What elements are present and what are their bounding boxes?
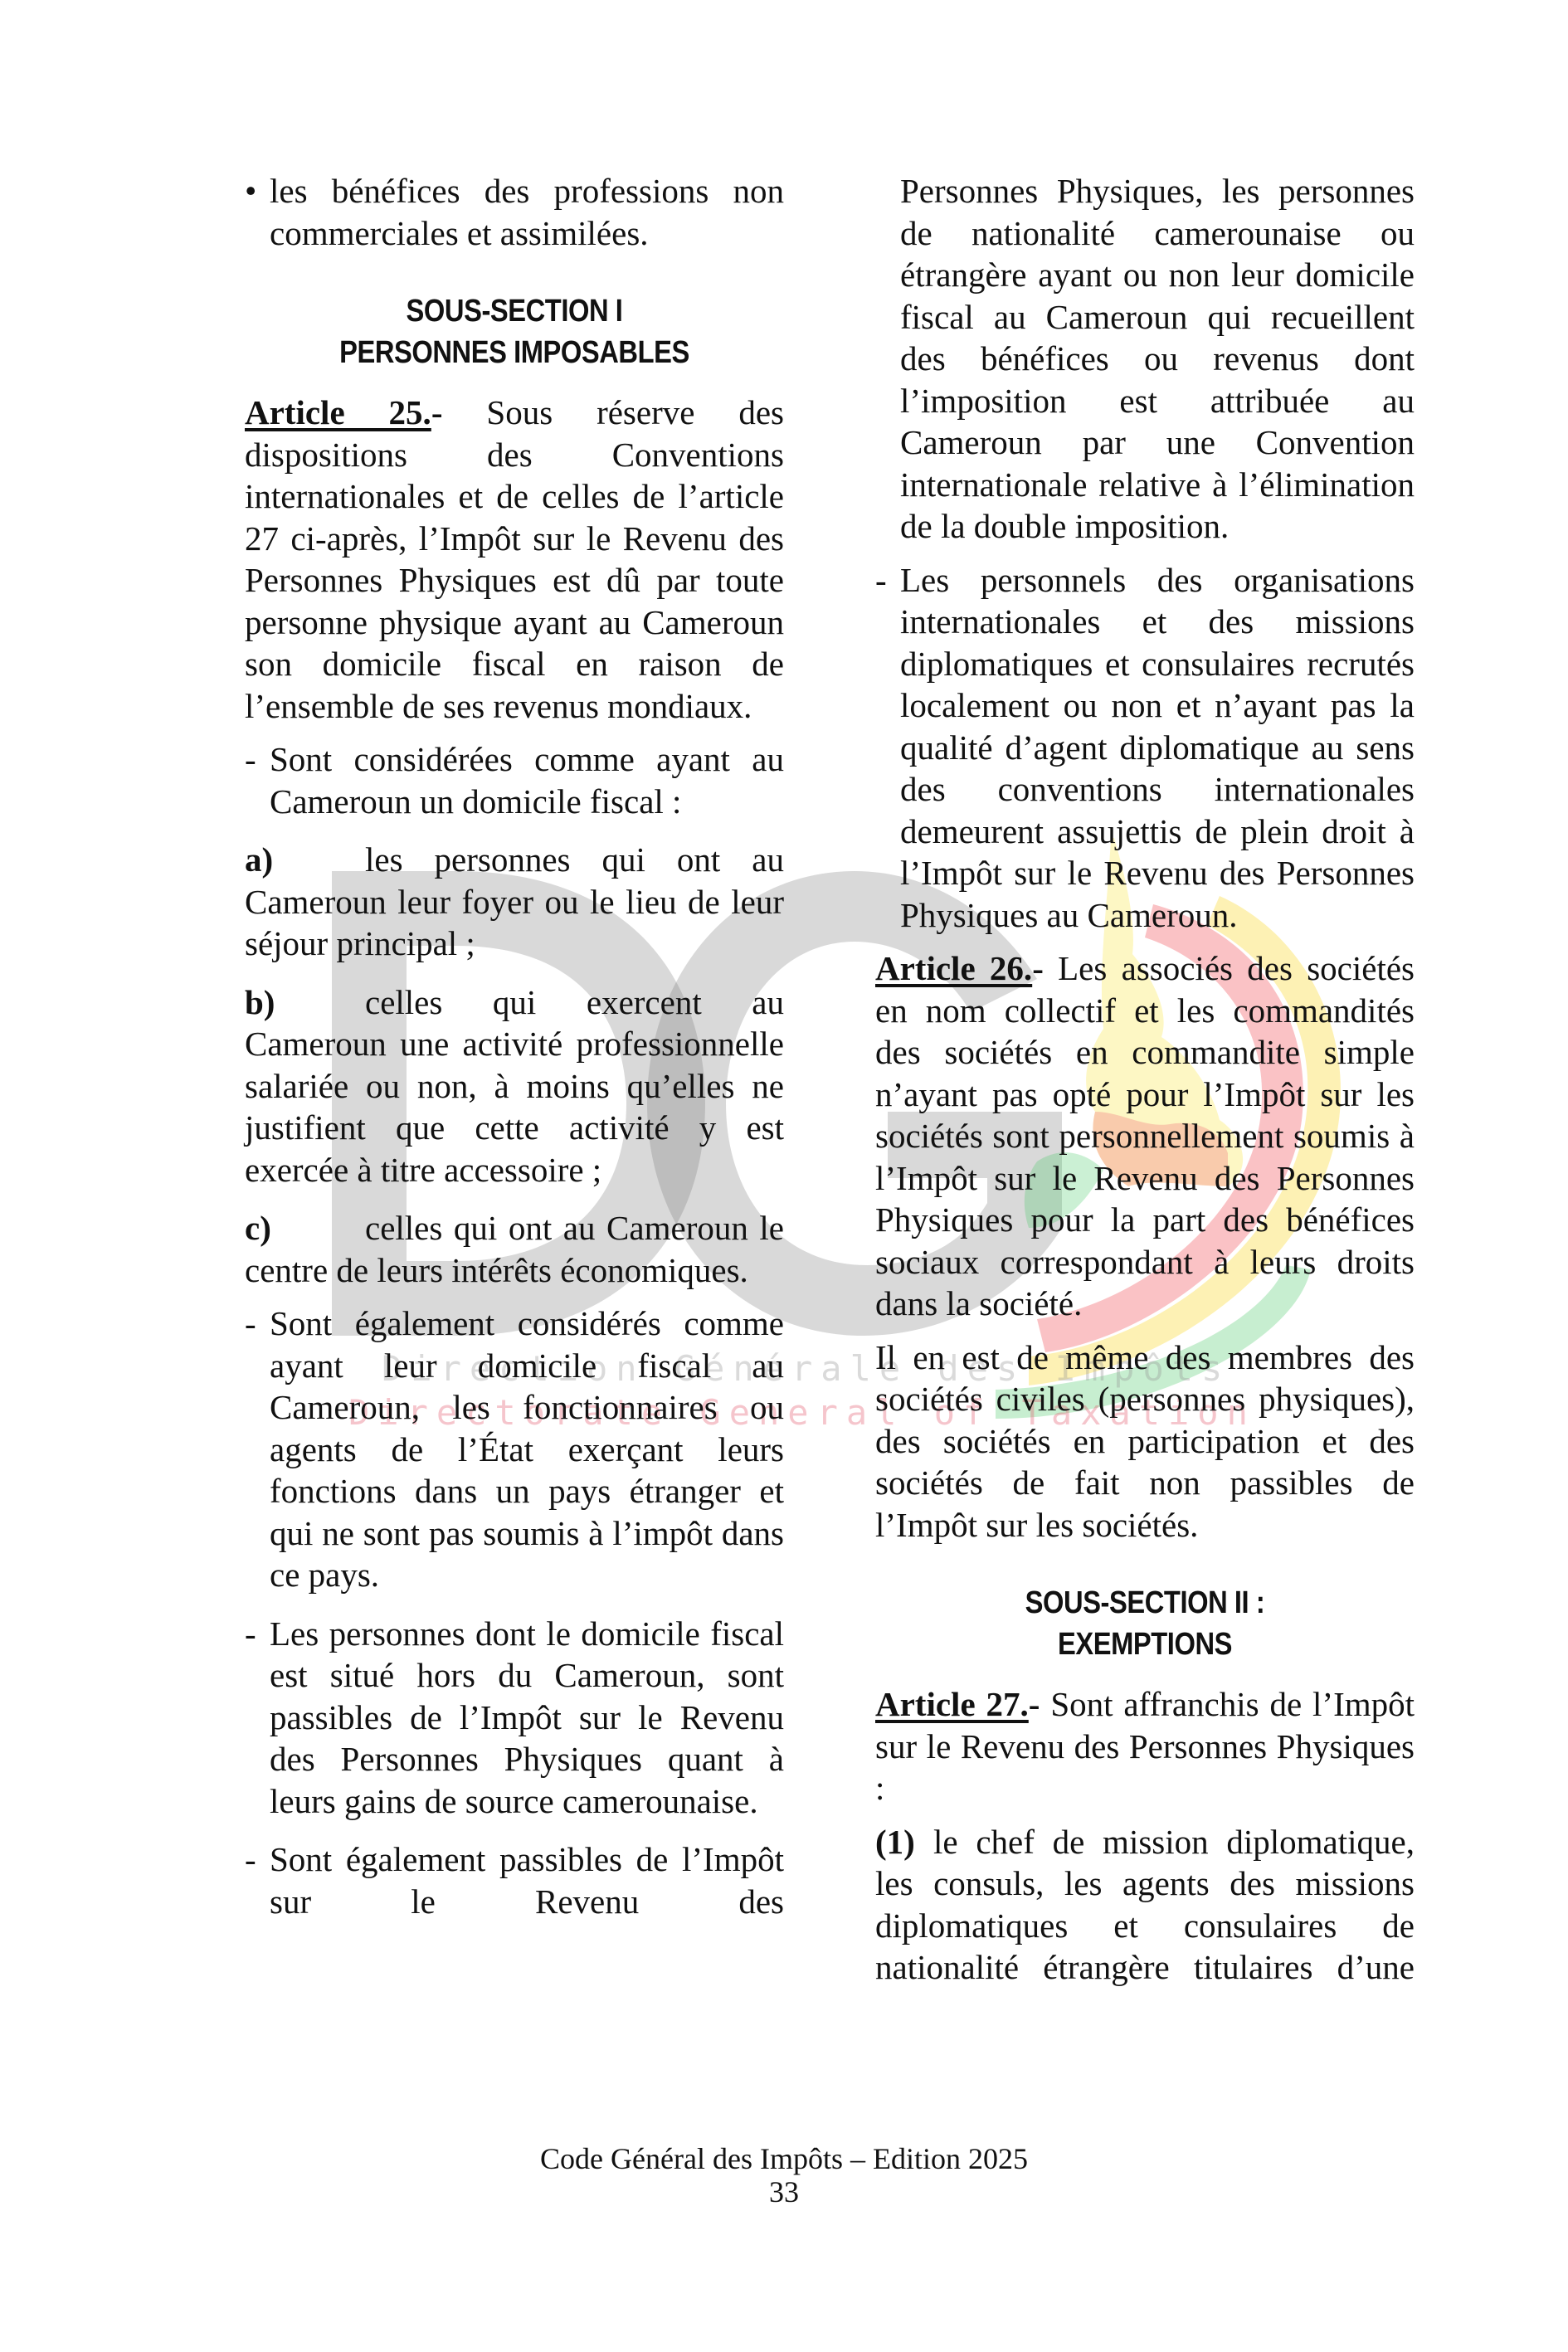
dash-icon: - <box>245 738 270 822</box>
lettered-item-a: a)les personnes qui ont au Cameroun leur… <box>245 839 784 965</box>
article-26: Article 26.- Les associés des sociétés e… <box>875 947 1415 1325</box>
article-dash: - <box>431 393 443 431</box>
dash-item: - Sont également considérés comme ayant … <box>245 1303 784 1596</box>
subsection-title: SOUS-SECTION I <box>283 290 747 332</box>
item-label: a) <box>245 839 365 881</box>
subsection-subtitle: PERSONNES IMPOSABLES <box>283 332 747 373</box>
article-label: Article 27. <box>875 1685 1029 1723</box>
right-column: Personnes Physiques, les personnes de na… <box>875 170 1415 1989</box>
dash-item: - Sont également passibles de l’Impôt su… <box>245 1838 784 1922</box>
dash-icon: - <box>245 1613 270 1823</box>
dash-item: - Sont considérées comme ayant au Camero… <box>245 738 784 822</box>
left-column: • les bénéfices des professions non comm… <box>245 170 784 1922</box>
item-label: c) <box>245 1207 365 1249</box>
dash-item-text: Sont également passibles de l’Impôt sur … <box>270 1838 784 1922</box>
page-number: 33 <box>0 2175 1568 2208</box>
footer-title: Code Général des Impôts – Edition 2025 <box>0 2142 1568 2175</box>
dash-item-continuation: Personnes Physiques, les personnes de na… <box>875 170 1415 548</box>
list-item-bnc: • les bénéfices des professions non comm… <box>245 170 784 254</box>
article-label: Article 26. <box>875 949 1032 987</box>
lettered-item-b: b)celles qui exercent au Cameroun une ac… <box>245 981 784 1191</box>
article-label: Article 25. <box>245 393 431 431</box>
bullet-icon: • <box>245 170 270 254</box>
subsection-heading-2: SOUS-SECTION II : EXEMPTIONS <box>875 1582 1415 1665</box>
dash-item: - Les personnes dont le domicile fiscal … <box>245 1613 784 1823</box>
item-label: b) <box>245 981 365 1024</box>
numbered-item-1: (1)le chef de mission diplomatique, les … <box>875 1821 1415 1989</box>
dash-item: - Les personnels des organisations inter… <box>875 559 1415 937</box>
article-26-paragraph-2: Il en est de même des membres des sociét… <box>875 1337 1415 1546</box>
lettered-item-c: c)celles qui ont au Cameroun le centre d… <box>245 1207 784 1291</box>
item-text: le chef de mission diplomatique, les con… <box>875 1823 1415 1987</box>
dash-item-text: Les personnes dont le domicile fiscal es… <box>270 1613 784 1823</box>
article-text: Les associés des sociétés en nom collect… <box>875 949 1415 1322</box>
article-27: Article 27.- Sont affranchis de l’Impôt … <box>875 1683 1415 1809</box>
dash-item-text: Les personnels des organisations interna… <box>900 559 1415 937</box>
article-25: Article 25.- Sous réserve des dispositio… <box>245 392 784 727</box>
dash-icon: - <box>245 1838 270 1922</box>
document-page: Direction Générale des Impôts Directorat… <box>0 0 1568 2352</box>
page-footer: Code Général des Impôts – Edition 2025 3… <box>0 2142 1568 2208</box>
item-label: (1) <box>875 1821 933 1863</box>
dash-icon: - <box>875 559 900 937</box>
subsection-heading-1: SOUS-SECTION I PERSONNES IMPOSABLES <box>245 290 784 373</box>
dash-item-text: Sont également considérés comme ayant le… <box>270 1303 784 1596</box>
subsection-title: SOUS-SECTION II : <box>913 1582 1377 1624</box>
subsection-subtitle: EXEMPTIONS <box>913 1624 1377 1665</box>
article-dash: - <box>1032 949 1044 987</box>
list-item-text: les bénéfices des professions non commer… <box>270 170 784 254</box>
dash-icon: - <box>245 1303 270 1596</box>
dash-item-text: Sont considérées comme ayant au Cameroun… <box>270 738 784 822</box>
article-text: Sous réserve des dispositions des Conven… <box>245 393 784 725</box>
article-dash: - <box>1029 1685 1040 1723</box>
